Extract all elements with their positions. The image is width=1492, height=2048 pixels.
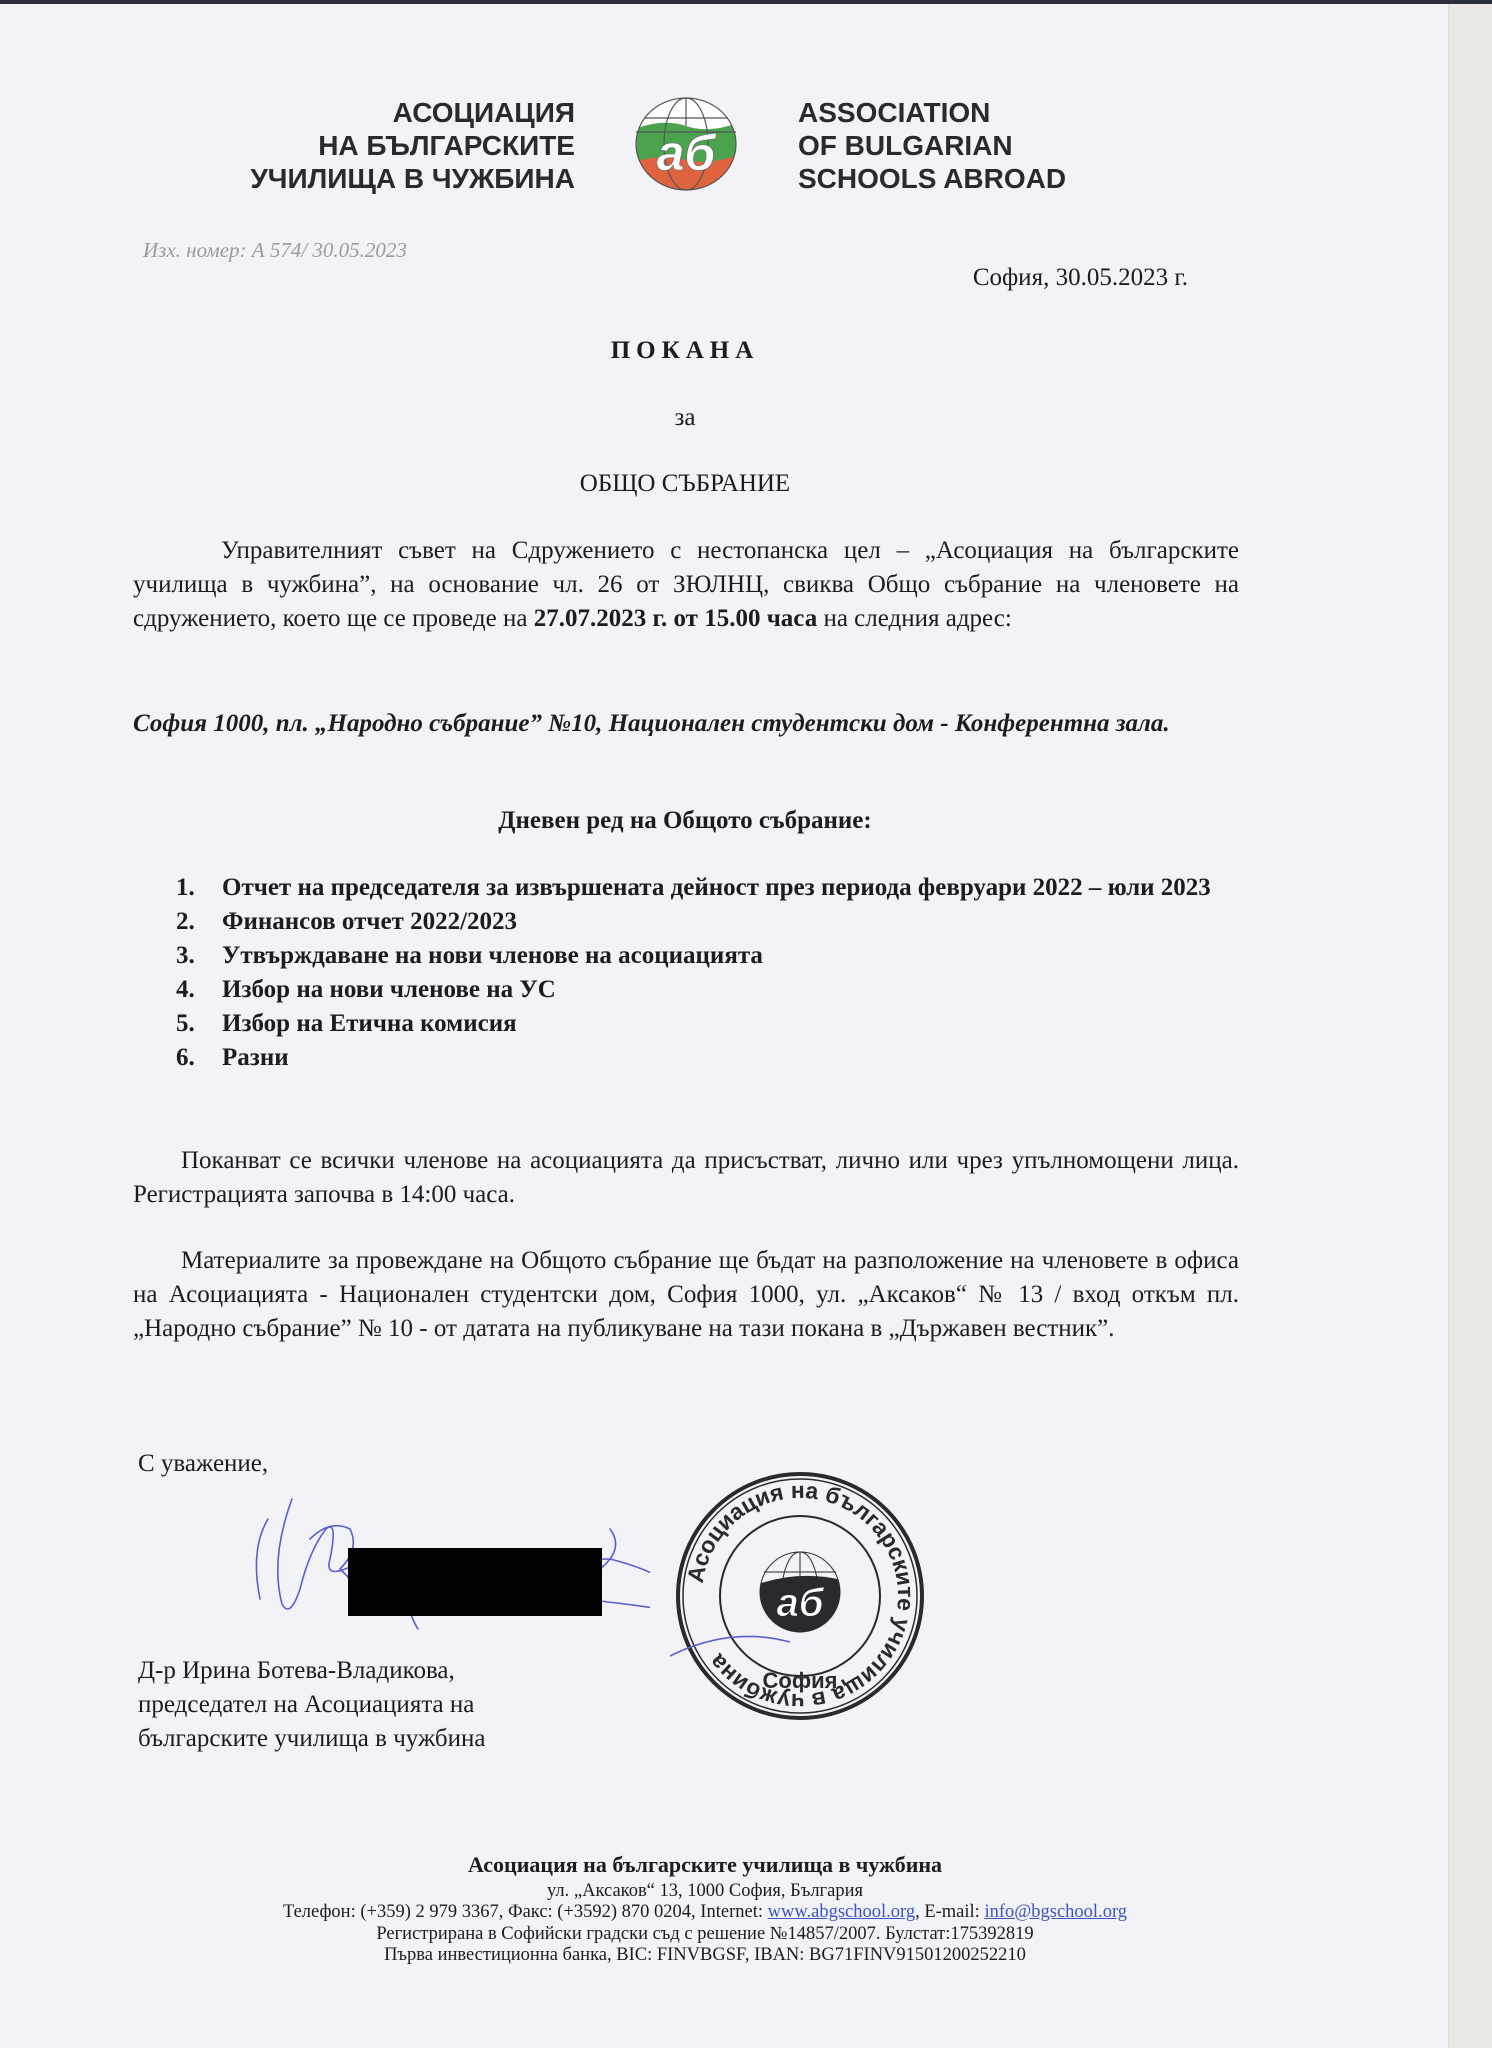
association-logo-icon: аб (632, 96, 740, 192)
title-for: за (130, 404, 1240, 432)
materials-paragraph: Материалите за провеждане на Общото събр… (133, 1244, 1239, 1346)
letterhead-bulgarian: АСОЦИАЦИЯ НА БЪЛГАРСКИТЕ УЧИЛИЩА В ЧУЖБИ… (190, 96, 575, 195)
footer-registration: Регистрирана в Софийски градски съд с ре… (180, 1924, 1230, 1945)
letterhead-english: ASSOCIATION OF BULGARIAN SCHOOLS ABROAD (798, 96, 1198, 195)
document-subtitle: ОБЩО СЪБРАНИЕ (130, 470, 1240, 498)
letterhead-en-line: OF BULGARIAN (798, 129, 1198, 162)
letterhead-bg-line: УЧИЛИЩА В ЧУЖБИНА (190, 162, 575, 195)
signer-role: председател на Асоциацията на (138, 1688, 485, 1722)
signer-name: Д-р Ирина Ботева-Владикова, (138, 1654, 485, 1688)
agenda-item: 1.Отчет на председателя за извършената д… (176, 871, 1239, 905)
footer-bank: Първа инвестиционна банка, BIC: FINVBGSF… (180, 1945, 1230, 1966)
website-link[interactable]: www.abgschool.org (768, 1902, 915, 1922)
letterhead-bg-line: НА БЪЛГАРСКИТЕ (190, 129, 575, 162)
letterhead-bg-line: АСОЦИАЦИЯ (190, 96, 575, 129)
agenda-item: 3.Утвърждаване на нови членове на асоциа… (176, 939, 1239, 973)
meeting-datetime: 27.07.2023 г. от 15.00 часа (534, 605, 817, 632)
footer-email-label: , E-mail: (915, 1902, 984, 1922)
email-link[interactable]: info@bgschool.org (984, 1902, 1127, 1922)
footer-contact: Телефон: (+359) 2 979 3367, Факс: (+3592… (180, 1902, 1230, 1923)
agenda-item: 2.Финансов отчет 2022/2023 (176, 905, 1239, 939)
svg-text:София: София (763, 1668, 838, 1693)
closing: С уважение, (138, 1450, 268, 1478)
letterhead-en-line: ASSOCIATION (798, 96, 1198, 129)
reference-number: Изх. номер: А 574/ 30.05.2023 (143, 238, 407, 263)
intro-paragraph: Управителният съвет на Сдружението с нес… (133, 534, 1239, 636)
agenda-title: Дневен ред на Общото събрание: (130, 807, 1240, 835)
agenda-item: 6.Разни (176, 1041, 1239, 1075)
agenda-item: 4.Избор на нови членове на УС (176, 973, 1239, 1007)
footer-org-name: Асоциация на българските училища в чужби… (180, 1852, 1230, 1878)
signer-block: Д-р Ирина Ботева-Владикова, председател … (138, 1654, 485, 1756)
official-stamp-icon: Асоциация на българските училища в чужби… (670, 1466, 930, 1726)
footer-address: ул. „Аксаков“ 13, 1000 София, България (180, 1881, 1230, 1902)
footer-phone: Телефон: (+359) 2 979 3367, Факс: (+3592… (283, 1902, 768, 1922)
place-date: София, 30.05.2023 г. (973, 264, 1188, 292)
document-page: АСОЦИАЦИЯ НА БЪЛГАРСКИТЕ УЧИЛИЩА В ЧУЖБИ… (0, 4, 1448, 2048)
svg-text:аб: аб (776, 1581, 824, 1625)
redaction-block (348, 1548, 602, 1616)
agenda-item: 5.Избор на Етична комисия (176, 1007, 1239, 1041)
meeting-address: София 1000, пл. „Народно събрание” №10, … (133, 707, 1239, 741)
invitation-paragraph: Поканват се всички членове на асоциацият… (133, 1144, 1239, 1212)
scan-page-edge (1448, 4, 1492, 2048)
letterhead-en-line: SCHOOLS ABROAD (798, 162, 1198, 195)
intro-text-end: на следния адрес: (817, 605, 1012, 632)
document-title: ПОКАНА (130, 337, 1240, 365)
signer-role: българските училища в чужбина (138, 1722, 485, 1756)
agenda-list: 1.Отчет на председателя за извършената д… (176, 871, 1239, 1075)
svg-text:аб: аб (657, 125, 718, 181)
